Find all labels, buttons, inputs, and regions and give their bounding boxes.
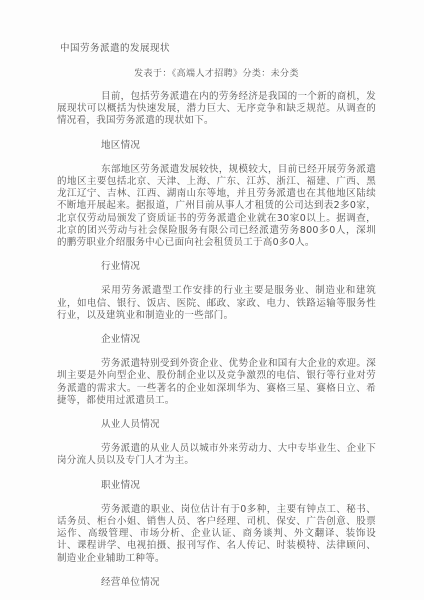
- section-heading-workers: 从业人员情况: [101, 419, 376, 431]
- section-heading-operating-units: 经营单位情况: [101, 577, 376, 589]
- section-paragraph-region: 东部地区劳务派遣发展较快，规模较大，目前已经开展劳务派遣的地区主要包括北京、天津…: [57, 164, 376, 249]
- document-page: 中国劳务派遣的发展现状 发表于：《高端人才招聘》分类：未分类 目前，包括劳务派遣…: [0, 0, 424, 600]
- section-heading-region: 地区情况: [101, 140, 376, 152]
- section-heading-industry: 行业情况: [101, 261, 376, 273]
- byline: 发表于：《高端人才招聘》分类：未分类: [57, 66, 376, 79]
- section-heading-occupations: 职业情况: [101, 480, 376, 492]
- section-paragraph-enterprise: 劳务派遣特别受到外资企业、优势企业和国有大企业的欢迎。深圳主要是外向型企业、股份…: [57, 358, 376, 407]
- document-title: 中国劳务派遣的发展现状: [60, 40, 376, 54]
- document-body: 目前，包括劳务派遣在内的劳务经济是我国的一个新的商机，发展现状可以概括为快速发展…: [57, 91, 376, 589]
- section-heading-enterprise: 企业情况: [101, 334, 376, 346]
- section-paragraph-workers: 劳务派遣的从业人员以城市外来劳动力、大中专毕业生、企业下岗分流人员以及专门人才为…: [57, 443, 376, 467]
- section-paragraph-industry: 采用劳务派遣型工作安排的行业主要是服务业、制造业和建筑业，如电信、银行、饭店、医…: [57, 285, 376, 322]
- section-paragraph-occupations: 劳务派遣的职业、岗位估计有于0多种，主要有钟点工、秘书、话务员、柜台小姐、销售人…: [57, 504, 376, 565]
- intro-paragraph: 目前，包括劳务派遣在内的劳务经济是我国的一个新的商机，发展现状可以概括为快速发展…: [57, 91, 376, 128]
